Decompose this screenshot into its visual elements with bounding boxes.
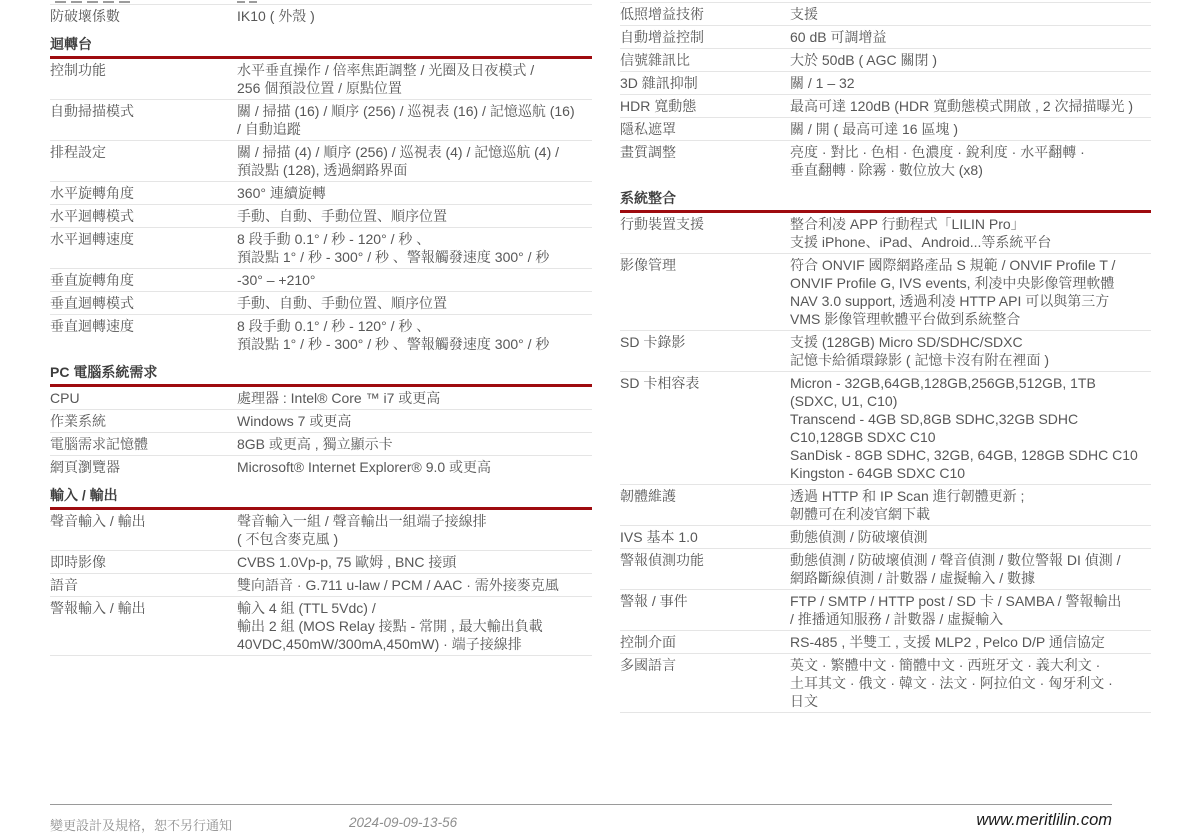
- spec-value: 關 / 1 – 32: [790, 74, 1151, 92]
- spec-value: 8 段手動 0.1° / 秒 - 120° / 秒 、 預設點 1° / 秒 -…: [237, 230, 592, 266]
- spec-value: -30° – +210°: [237, 271, 592, 289]
- spec-value: Micron - 32GB,64GB,128GB,256GB,512GB, 1T…: [790, 374, 1151, 482]
- spec-value: 大於 50dB ( AGC 關閉 ): [790, 51, 1151, 69]
- spec-value: 輸入 4 組 (TTL 5Vdc) / 輸出 2 組 (MOS Relay 接點…: [237, 599, 592, 653]
- spec-row: SD 卡錄影 支援 (128GB) Micro SD/SDHC/SDXC 記憶卡…: [620, 331, 1151, 372]
- spec-row: 隱私遮罩 關 / 開 ( 最高可達 16 區塊 ): [620, 118, 1151, 141]
- spec-value: 關 / 開 ( 最高可達 16 區塊 ): [790, 120, 1151, 138]
- spec-label: 隱私遮罩: [620, 120, 790, 138]
- spec-label: SD 卡相容表: [620, 374, 790, 482]
- spec-row: 低照增益技術 支援: [620, 3, 1151, 26]
- spec-label: 垂直旋轉角度: [50, 271, 237, 289]
- spec-label: 網頁瀏覽器: [50, 458, 237, 476]
- spec-value: 處理器 : Intel® Core ™ i7 或更高: [237, 389, 592, 407]
- spec-value: 動態偵測 / 防破壞偵測: [790, 528, 1151, 546]
- spec-value: 8GB 或更高 , 獨立顯示卡: [237, 435, 592, 453]
- spec-row: 多國語言 英文 · 繁體中文 · 簡體中文 · 西班牙文 · 義大利文 · 土耳…: [620, 654, 1151, 713]
- spec-row: HDR 寬動態 最高可達 120dB (HDR 寬動態模式開啟 , 2 次掃描曝…: [620, 95, 1151, 118]
- spec-value: Windows 7 或更高: [237, 412, 592, 430]
- spec-label: 行動裝置支援: [620, 215, 790, 251]
- spec-label: 水平迴轉模式: [50, 207, 237, 225]
- spec-label: 語音: [50, 576, 237, 594]
- spec-label: 信號雜訊比: [620, 51, 790, 69]
- spec-label: IVS 基本 1.0: [620, 528, 790, 546]
- spec-row: 作業系統 Windows 7 或更高: [50, 410, 592, 433]
- spec-value: 雙向語音 · G.711 u-law / PCM / AAC · 需外接麥克風: [237, 576, 592, 594]
- spec-table-left: 防破壞係數 IK10 ( 外殼 ) 迴轉台 控制功能 水平垂直操作 / 倍率焦距…: [50, 0, 592, 656]
- spec-value: FTP / SMTP / HTTP post / SD 卡 / SAMBA / …: [790, 592, 1151, 628]
- spec-row: 水平迴轉模式 手動、自動、手動位置、順序位置: [50, 205, 592, 228]
- spec-row: SD 卡相容表 Micron - 32GB,64GB,128GB,256GB,5…: [620, 372, 1151, 485]
- clipped-text-fragment: [55, 1, 133, 3]
- section-header-pc-requirements: PC 電腦系統需求: [50, 355, 592, 387]
- spec-value: RS-485 , 半雙工 , 支援 MLP2 , Pelco D/P 通信協定: [790, 633, 1151, 651]
- spec-value: 最高可達 120dB (HDR 寬動態模式開啟 , 2 次掃描曝光 ): [790, 97, 1151, 115]
- spec-label: 排程設定: [50, 143, 237, 179]
- clipped-text-fragment: [237, 1, 259, 3]
- spec-row: 聲音輸入 / 輸出 聲音輸入一組 / 聲音輸出一組端子接線排 ( 不包含麥克風 …: [50, 510, 592, 551]
- spec-label: 警報偵測功能: [620, 551, 790, 587]
- spec-row: 信號雜訊比 大於 50dB ( AGC 關閉 ): [620, 49, 1151, 72]
- spec-label: 聲音輸入 / 輸出: [50, 512, 237, 548]
- spec-label: 影像管理: [620, 256, 790, 328]
- spec-value: 整合利凌 APP 行動程式「LILIN Pro」 支援 iPhone、iPad、…: [790, 215, 1151, 251]
- spec-row: 即時影像 CVBS 1.0Vp-p, 75 歐姆 , BNC 接頭: [50, 551, 592, 574]
- spec-label: 多國語言: [620, 656, 790, 710]
- spec-label: SD 卡錄影: [620, 333, 790, 369]
- spec-row: 影像管理 符合 ONVIF 國際網路產品 S 規範 / ONVIF Profil…: [620, 254, 1151, 331]
- spec-value: 動態偵測 / 防破壞偵測 / 聲音偵測 / 數位警報 DI 偵測 / 網路斷線偵…: [790, 551, 1151, 587]
- spec-row: CPU 處理器 : Intel® Core ™ i7 或更高: [50, 387, 592, 410]
- spec-sheet-page: 防破壞係數 IK10 ( 外殼 ) 迴轉台 控制功能 水平垂直操作 / 倍率焦距…: [0, 0, 1200, 837]
- spec-value: 關 / 掃描 (4) / 順序 (256) / 巡視表 (4) / 記憶巡航 (…: [237, 143, 592, 179]
- spec-label: 電腦需求記憶體: [50, 435, 237, 453]
- spec-label: 控制功能: [50, 61, 237, 97]
- spec-label: 即時影像: [50, 553, 237, 571]
- spec-value: 關 / 掃描 (16) / 順序 (256) / 巡視表 (16) / 記憶巡航…: [237, 102, 592, 138]
- spec-value: 手動、自動、手動位置、順序位置: [237, 294, 592, 312]
- spec-label: 水平旋轉角度: [50, 184, 237, 202]
- spec-row: 垂直迴轉模式 手動、自動、手動位置、順序位置: [50, 292, 592, 315]
- spec-label: 防破壞係數: [50, 7, 237, 25]
- spec-row: 自動掃描模式 關 / 掃描 (16) / 順序 (256) / 巡視表 (16)…: [50, 100, 592, 141]
- spec-value: Microsoft® Internet Explorer® 9.0 或更高: [237, 458, 592, 476]
- spec-row: 警報 / 事件 FTP / SMTP / HTTP post / SD 卡 / …: [620, 590, 1151, 631]
- footer-revision-date: 2024-09-09-13-56: [349, 815, 457, 830]
- section-header-input-output: 輸入 / 輸出: [50, 478, 592, 510]
- footer-disclaimer: 變更設計及規格，恕不另行通知: [50, 815, 232, 834]
- spec-value: 符合 ONVIF 國際網路產品 S 規範 / ONVIF Profile T /…: [790, 256, 1151, 328]
- spec-value: 360° 連續旋轉: [237, 184, 592, 202]
- footer-website-link[interactable]: www.meritlilin.com: [976, 811, 1112, 830]
- spec-label: 警報輸入 / 輸出: [50, 599, 237, 653]
- spec-row: 水平旋轉角度 360° 連續旋轉: [50, 182, 592, 205]
- spec-row: 韌體維護 透過 HTTP 和 IP Scan 進行韌體更新 ; 韌體可在利凌官網…: [620, 485, 1151, 526]
- spec-label: 水平迴轉速度: [50, 230, 237, 266]
- spec-row: IVS 基本 1.0 動態偵測 / 防破壞偵測: [620, 526, 1151, 549]
- page-footer: 變更設計及規格，恕不另行通知 2024-09-09-13-56 www.meri…: [50, 804, 1112, 805]
- clipped-row-top: [50, 0, 592, 5]
- spec-value: 手動、自動、手動位置、順序位置: [237, 207, 592, 225]
- spec-value: 8 段手動 0.1° / 秒 - 120° / 秒 、 預設點 1° / 秒 -…: [237, 317, 592, 353]
- spec-row: 畫質調整 亮度 · 對比 · 色相 · 色濃度 · 銳利度 · 水平翻轉 · 垂…: [620, 141, 1151, 181]
- spec-row: 電腦需求記憶體 8GB 或更高 , 獨立顯示卡: [50, 433, 592, 456]
- spec-row: 防破壞係數 IK10 ( 外殼 ): [50, 5, 592, 27]
- spec-value: 英文 · 繁體中文 · 簡體中文 · 西班牙文 · 義大利文 · 土耳其文 · …: [790, 656, 1151, 710]
- spec-row: 警報偵測功能 動態偵測 / 防破壞偵測 / 聲音偵測 / 數位警報 DI 偵測 …: [620, 549, 1151, 590]
- spec-label: 3D 雜訊抑制: [620, 74, 790, 92]
- spec-row: 垂直迴轉速度 8 段手動 0.1° / 秒 - 120° / 秒 、 預設點 1…: [50, 315, 592, 355]
- spec-label: 畫質調整: [620, 143, 790, 179]
- spec-value: 60 dB 可調增益: [790, 28, 1151, 46]
- spec-row: 排程設定 關 / 掃描 (4) / 順序 (256) / 巡視表 (4) / 記…: [50, 141, 592, 182]
- spec-row: 自動增益控制 60 dB 可調增益: [620, 26, 1151, 49]
- section-header-pan-tilt: 迴轉台: [50, 27, 592, 59]
- spec-label: 控制介面: [620, 633, 790, 651]
- clipped-row-top: [620, 0, 1151, 3]
- spec-label: 低照增益技術: [620, 5, 790, 23]
- spec-label: CPU: [50, 389, 237, 407]
- spec-value: 聲音輸入一組 / 聲音輸出一組端子接線排 ( 不包含麥克風 ): [237, 512, 592, 548]
- spec-value: IK10 ( 外殼 ): [237, 7, 592, 25]
- spec-label: HDR 寬動態: [620, 97, 790, 115]
- spec-value: 水平垂直操作 / 倍率焦距調整 / 光圈及日夜模式 / 256 個預設位置 / …: [237, 61, 592, 97]
- spec-row: 行動裝置支援 整合利凌 APP 行動程式「LILIN Pro」 支援 iPhon…: [620, 213, 1151, 254]
- spec-value: 透過 HTTP 和 IP Scan 進行韌體更新 ; 韌體可在利凌官網下載: [790, 487, 1151, 523]
- spec-table-right: 低照增益技術 支援 自動增益控制 60 dB 可調增益 信號雜訊比 大於 50d…: [620, 0, 1151, 713]
- spec-label: 自動掃描模式: [50, 102, 237, 138]
- spec-label: 垂直迴轉速度: [50, 317, 237, 353]
- spec-value: CVBS 1.0Vp-p, 75 歐姆 , BNC 接頭: [237, 553, 592, 571]
- spec-label: 韌體維護: [620, 487, 790, 523]
- spec-row: 警報輸入 / 輸出 輸入 4 組 (TTL 5Vdc) / 輸出 2 組 (MO…: [50, 597, 592, 656]
- spec-label: 警報 / 事件: [620, 592, 790, 628]
- spec-row: 控制功能 水平垂直操作 / 倍率焦距調整 / 光圈及日夜模式 / 256 個預設…: [50, 59, 592, 100]
- spec-label: 作業系統: [50, 412, 237, 430]
- spec-label: 自動增益控制: [620, 28, 790, 46]
- spec-row: 網頁瀏覽器 Microsoft® Internet Explorer® 9.0 …: [50, 456, 592, 478]
- spec-value: 亮度 · 對比 · 色相 · 色濃度 · 銳利度 · 水平翻轉 · 垂直翻轉 ·…: [790, 143, 1151, 179]
- spec-row: 3D 雜訊抑制 關 / 1 – 32: [620, 72, 1151, 95]
- spec-value: 支援 (128GB) Micro SD/SDHC/SDXC 記憶卡給循環錄影 (…: [790, 333, 1151, 369]
- spec-row: 控制介面 RS-485 , 半雙工 , 支援 MLP2 , Pelco D/P …: [620, 631, 1151, 654]
- section-header-system-integration: 系統整合: [620, 181, 1151, 213]
- spec-value: 支援: [790, 5, 1151, 23]
- spec-label: 垂直迴轉模式: [50, 294, 237, 312]
- spec-row: 語音 雙向語音 · G.711 u-law / PCM / AAC · 需外接麥…: [50, 574, 592, 597]
- spec-row: 水平迴轉速度 8 段手動 0.1° / 秒 - 120° / 秒 、 預設點 1…: [50, 228, 592, 269]
- spec-row: 垂直旋轉角度 -30° – +210°: [50, 269, 592, 292]
